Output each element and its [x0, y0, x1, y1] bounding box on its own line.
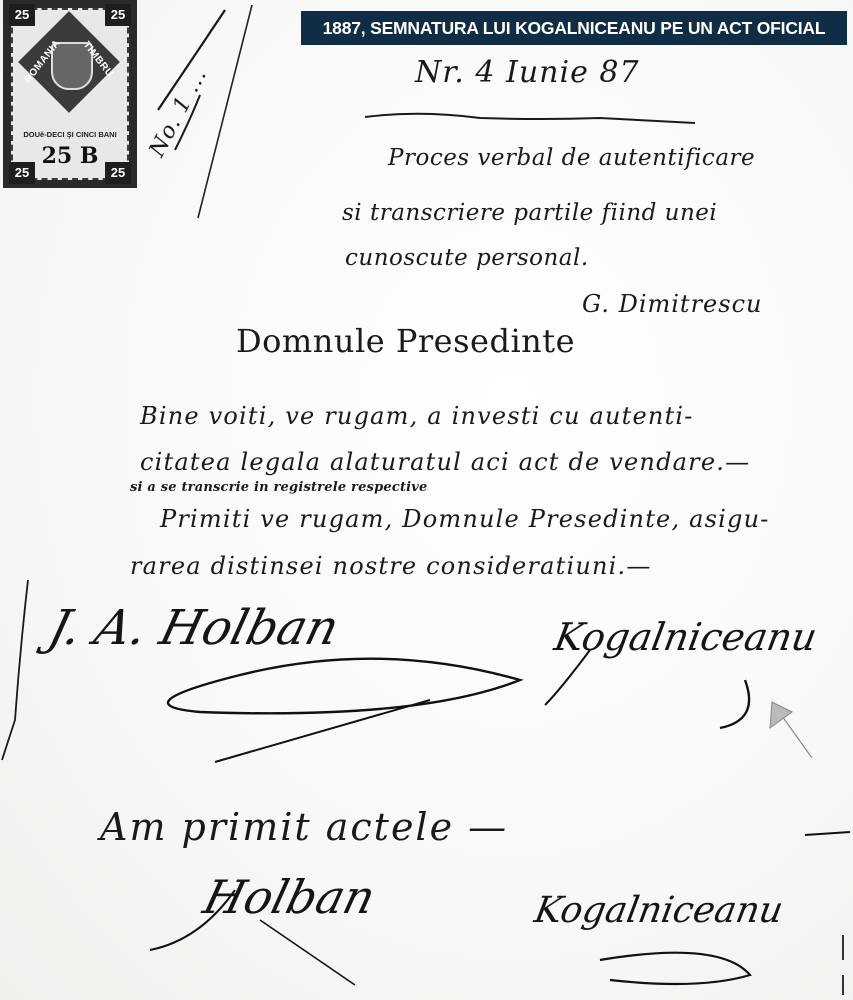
- body-line-3: Primiti ve rugam, Domnule Presedinte, as…: [160, 505, 770, 533]
- signature-holban-2: Holban: [198, 870, 380, 924]
- registry-date: Nr. 4 Iunie 87: [415, 55, 640, 90]
- fiscal-stamp: 25 25 25 25 ROMANIA TIMBRU DOUĕ-DECI ŞI …: [3, 0, 137, 188]
- caption-banner: 1887, SEMNATURA LUI KOGALNICEANU PE UN A…: [301, 11, 847, 45]
- body-line-2: citatea legala alaturatul aci act de ven…: [140, 448, 750, 476]
- stamp-denomination-text: DOUĕ-DECI ŞI CINCI BANI: [9, 130, 131, 139]
- body-insert: si a se transcrie in registrele respecti…: [130, 480, 428, 495]
- stamp-value: 25 B: [3, 143, 137, 169]
- signature-holban-1: J. A. Holban: [43, 600, 345, 656]
- closing-note: Am primit actele —: [100, 805, 508, 849]
- minute-line-2: si transcriere partile fiind unei: [342, 200, 717, 226]
- salutation: Domnule Presedinte: [236, 322, 575, 360]
- body-line-4: rarea distinsei nostre consideratiuni.—: [130, 552, 652, 580]
- stamp-corner-value: 25: [9, 4, 35, 26]
- stamp-corner-value: 25: [105, 4, 131, 26]
- scanned-document: 25 25 25 25 ROMANIA TIMBRU DOUĕ-DECI ŞI …: [0, 0, 853, 1000]
- minute-line-3: cunoscute personal.: [345, 245, 589, 271]
- signature-kogalniceanu-2: Kogalniceanu: [531, 890, 786, 931]
- margin-note: No. 1 ...: [145, 64, 213, 161]
- minute-signature: G. Dimitrescu: [582, 290, 762, 318]
- body-line-1: Bine voiti, ve rugam, a investi cu auten…: [140, 402, 694, 430]
- minute-line-1: Proces verbal de autentificare: [388, 145, 755, 171]
- signature-kogalniceanu-1: Kogalniceanu: [551, 615, 820, 659]
